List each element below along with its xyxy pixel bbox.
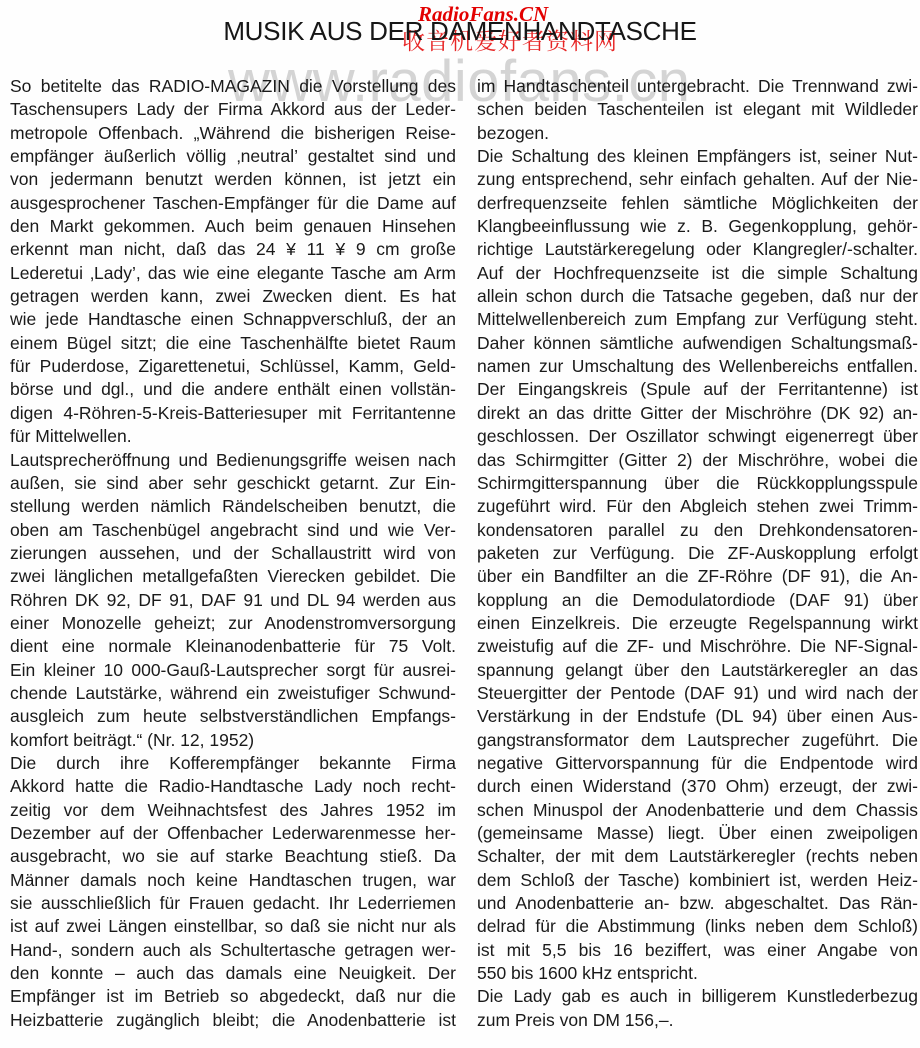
text-line: allein schon durch die Tatsache gegeben,… bbox=[477, 285, 918, 308]
text-line: für Mittelwellen. bbox=[10, 425, 456, 448]
text-line: Akkord hatte die Radio-Handtasche Lady n… bbox=[10, 775, 456, 798]
text-line: empfänger äußerlich völlig ‚neutral’ ges… bbox=[10, 145, 456, 168]
text-line: bezogen. bbox=[477, 122, 918, 145]
text-line: durch einen Widerstand (370 Ohm) erzeugt… bbox=[477, 775, 918, 798]
text-line: ist mit 5,5 bis 16 beziffert, was einer … bbox=[477, 939, 918, 962]
text-line: Schirmgitterspannung über die Rückkopplu… bbox=[477, 472, 918, 495]
text-line: derfrequenzseite fehlen sämtliche Möglic… bbox=[477, 192, 918, 215]
text-line: delrad für die Abstimmung (links neben d… bbox=[477, 915, 918, 938]
text-line: Die durch ihre Kofferempfänger bekannte … bbox=[10, 752, 456, 775]
text-line: komfort beiträgt.“ (Nr. 12, 1952) bbox=[10, 729, 456, 752]
text-line: Steuergitter der Pentode (DAF 91) und wi… bbox=[477, 682, 918, 705]
text-line: So betitelte das RADIO-MAGAZIN die Vorst… bbox=[10, 75, 456, 98]
text-line: ist auf zwei Längen einstellbar, so daß … bbox=[10, 915, 456, 938]
text-line: direkt an das dritte Gitter der Mischröh… bbox=[477, 402, 918, 425]
text-line: zwei länglichen metallgefaßten Vierecken… bbox=[10, 565, 456, 588]
text-line: Die Lady gab es auch in billigerem Kunst… bbox=[477, 985, 918, 1008]
text-line: einer Monozelle geheizt; zur Anodenstrom… bbox=[10, 612, 456, 635]
text-line: und Anodenbatterie an- bzw. abgeschaltet… bbox=[477, 892, 918, 915]
text-line: dient eine normale Kleinanodenbatterie f… bbox=[10, 635, 456, 658]
text-line: schen Minuspol der Anodenbatterie und de… bbox=[477, 799, 918, 822]
text-line: Auf der Hochfrequenzseite ist die simple… bbox=[477, 262, 918, 285]
text-line: Klangbeeinflussung wie z. B. Gegenkopplu… bbox=[477, 215, 918, 238]
text-line: zugeführt wird. Für den Abgleich stehen … bbox=[477, 495, 918, 518]
text-line: zeitig vor dem Weihnachtsfest des Jahres… bbox=[10, 799, 456, 822]
text-line: den konnte – auch das damals eine Neuigk… bbox=[10, 962, 456, 985]
text-line: (gemeinsame Masse) liegt. Über einen zwe… bbox=[477, 822, 918, 845]
text-line: digen 4-Röhren-5-Kreis-Batteriesuper mit… bbox=[10, 402, 456, 425]
text-line: Schalter, der mit dem Lautstärkeregler (… bbox=[477, 845, 918, 868]
text-line: kondensatoren parallel zu den Drehkonden… bbox=[477, 519, 918, 542]
text-line: Daher können sämtliche aufwendigen Schal… bbox=[477, 332, 918, 355]
text-line: Lederetui ‚Lady’, das wie eine elegante … bbox=[10, 262, 456, 285]
text-line: den Markt gekommen. Auch beim genauen Hi… bbox=[10, 215, 456, 238]
document-page: www.radiofans.cn RadioFans.CN 收音机爱好者资料网 … bbox=[0, 0, 920, 1048]
text-line: zum Preis von DM 156,–. bbox=[477, 1009, 918, 1032]
right-text-column: im Handtaschenteil untergebracht. Die Tr… bbox=[477, 75, 918, 1032]
text-line: spannung gelangt über den Lautstärkeregl… bbox=[477, 659, 918, 682]
text-line: stellung werden nämlich Rändelscheiben b… bbox=[10, 495, 456, 518]
text-line: ausgleich zum heute selbstverständlichen… bbox=[10, 705, 456, 728]
text-line: erkennt man nicht, daß das 24 ¥ 11 ¥ 9 c… bbox=[10, 238, 456, 261]
text-line: Männer damals noch keine Handtaschen tru… bbox=[10, 869, 456, 892]
text-line: gangstransformator dem Lautsprecher zuge… bbox=[477, 729, 918, 752]
text-line: Mittelwellenbereich zum Empfang zur Verf… bbox=[477, 308, 918, 331]
text-line: chende Lautstärke, während ein zweistufi… bbox=[10, 682, 456, 705]
text-line: ausgesprochener Taschen-Empfänger für di… bbox=[10, 192, 456, 215]
text-line: Taschensupers Lady der Firma Akkord aus … bbox=[10, 98, 456, 121]
text-line: über ein Bandfilter an die ZF-Röhre (DF … bbox=[477, 565, 918, 588]
watermark-brand-text: RadioFans.CN bbox=[418, 2, 548, 27]
text-line: von jedermann benutzt werden können, ist… bbox=[10, 168, 456, 191]
text-line: oben am Taschenbügel angebracht sind und… bbox=[10, 519, 456, 542]
text-line: im Handtaschenteil untergebracht. Die Tr… bbox=[477, 75, 918, 98]
text-line: einen Einzelkreis. Die erzeugte Regelspa… bbox=[477, 612, 918, 635]
text-line: dem Schloß der Tasche) kombiniert ist, w… bbox=[477, 869, 918, 892]
left-text-column: So betitelte das RADIO-MAGAZIN die Vorst… bbox=[10, 75, 456, 1032]
text-line: für Puderdose, Zigarettenetui, Schlüssel… bbox=[10, 355, 456, 378]
text-line: getragen werden kann, zwei Zwecken dient… bbox=[10, 285, 456, 308]
text-line: Röhren DK 92, DF 91, DAF 91 und DL 94 we… bbox=[10, 589, 456, 612]
text-line: zung entsprechend, sehr einfach gehalten… bbox=[477, 168, 918, 191]
text-line: wie jede Handtasche einen Schnappverschl… bbox=[10, 308, 456, 331]
text-line: Verstärkung in der Endstufe (DL 94) über… bbox=[477, 705, 918, 728]
text-line: Die Schaltung des kleinen Empfängers ist… bbox=[477, 145, 918, 168]
text-line: 550 bis 1600 kHz entspricht. bbox=[477, 962, 918, 985]
text-line: außen, sie sind aber sehr geschickt geta… bbox=[10, 472, 456, 495]
text-line: Hand-, sondern auch als Schultertasche g… bbox=[10, 939, 456, 962]
text-line: Dezember auf der Offenbacher Lederwarenm… bbox=[10, 822, 456, 845]
text-line: zweistufig auf die ZF- und Mischröhre. D… bbox=[477, 635, 918, 658]
text-line: geschlossen. Der Oszillator schwingt eig… bbox=[477, 425, 918, 448]
text-line: richtige Lautstärkeregelung oder Klangre… bbox=[477, 238, 918, 261]
text-line: namen zur Umschaltung des Wellenbereichs… bbox=[477, 355, 918, 378]
text-line: Lautsprecheröffnung und Bedienungsgriffe… bbox=[10, 449, 456, 472]
text-line: sie ausschließlich für Frauen gedacht. I… bbox=[10, 892, 456, 915]
text-line: Ein kleiner 10 000-Gauß-Lautsprecher sor… bbox=[10, 659, 456, 682]
text-line: zierungen aussehen, und der Schallaustri… bbox=[10, 542, 456, 565]
text-line: negative Gittervorspannung für die Endpe… bbox=[477, 752, 918, 775]
text-line: paketen zur Verfügung. Die ZF-Auskopplun… bbox=[477, 542, 918, 565]
text-line: schen beiden Taschenteilen ist elegant m… bbox=[477, 98, 918, 121]
text-line: börse und dgl., und die andere enthält e… bbox=[10, 378, 456, 401]
text-line: kopplung an die Demodulatordiode (DAF 91… bbox=[477, 589, 918, 612]
text-line: Heizbatterie zugänglich bleibt; die Anod… bbox=[10, 1009, 456, 1032]
text-line: metropole Offenbach. „Während die bisher… bbox=[10, 122, 456, 145]
text-line: das Schirmgitter (Gitter 2) der Mischröh… bbox=[477, 449, 918, 472]
text-line: Der Eingangskreis (Spule auf der Ferrita… bbox=[477, 378, 918, 401]
text-line: Empfänger ist im Betrieb so abgedeckt, d… bbox=[10, 985, 456, 1008]
text-line: einem Bügel sitzt; die eine Taschenhälft… bbox=[10, 332, 456, 355]
text-line: ausgebracht, wo sie auf starke Beachtung… bbox=[10, 845, 456, 868]
